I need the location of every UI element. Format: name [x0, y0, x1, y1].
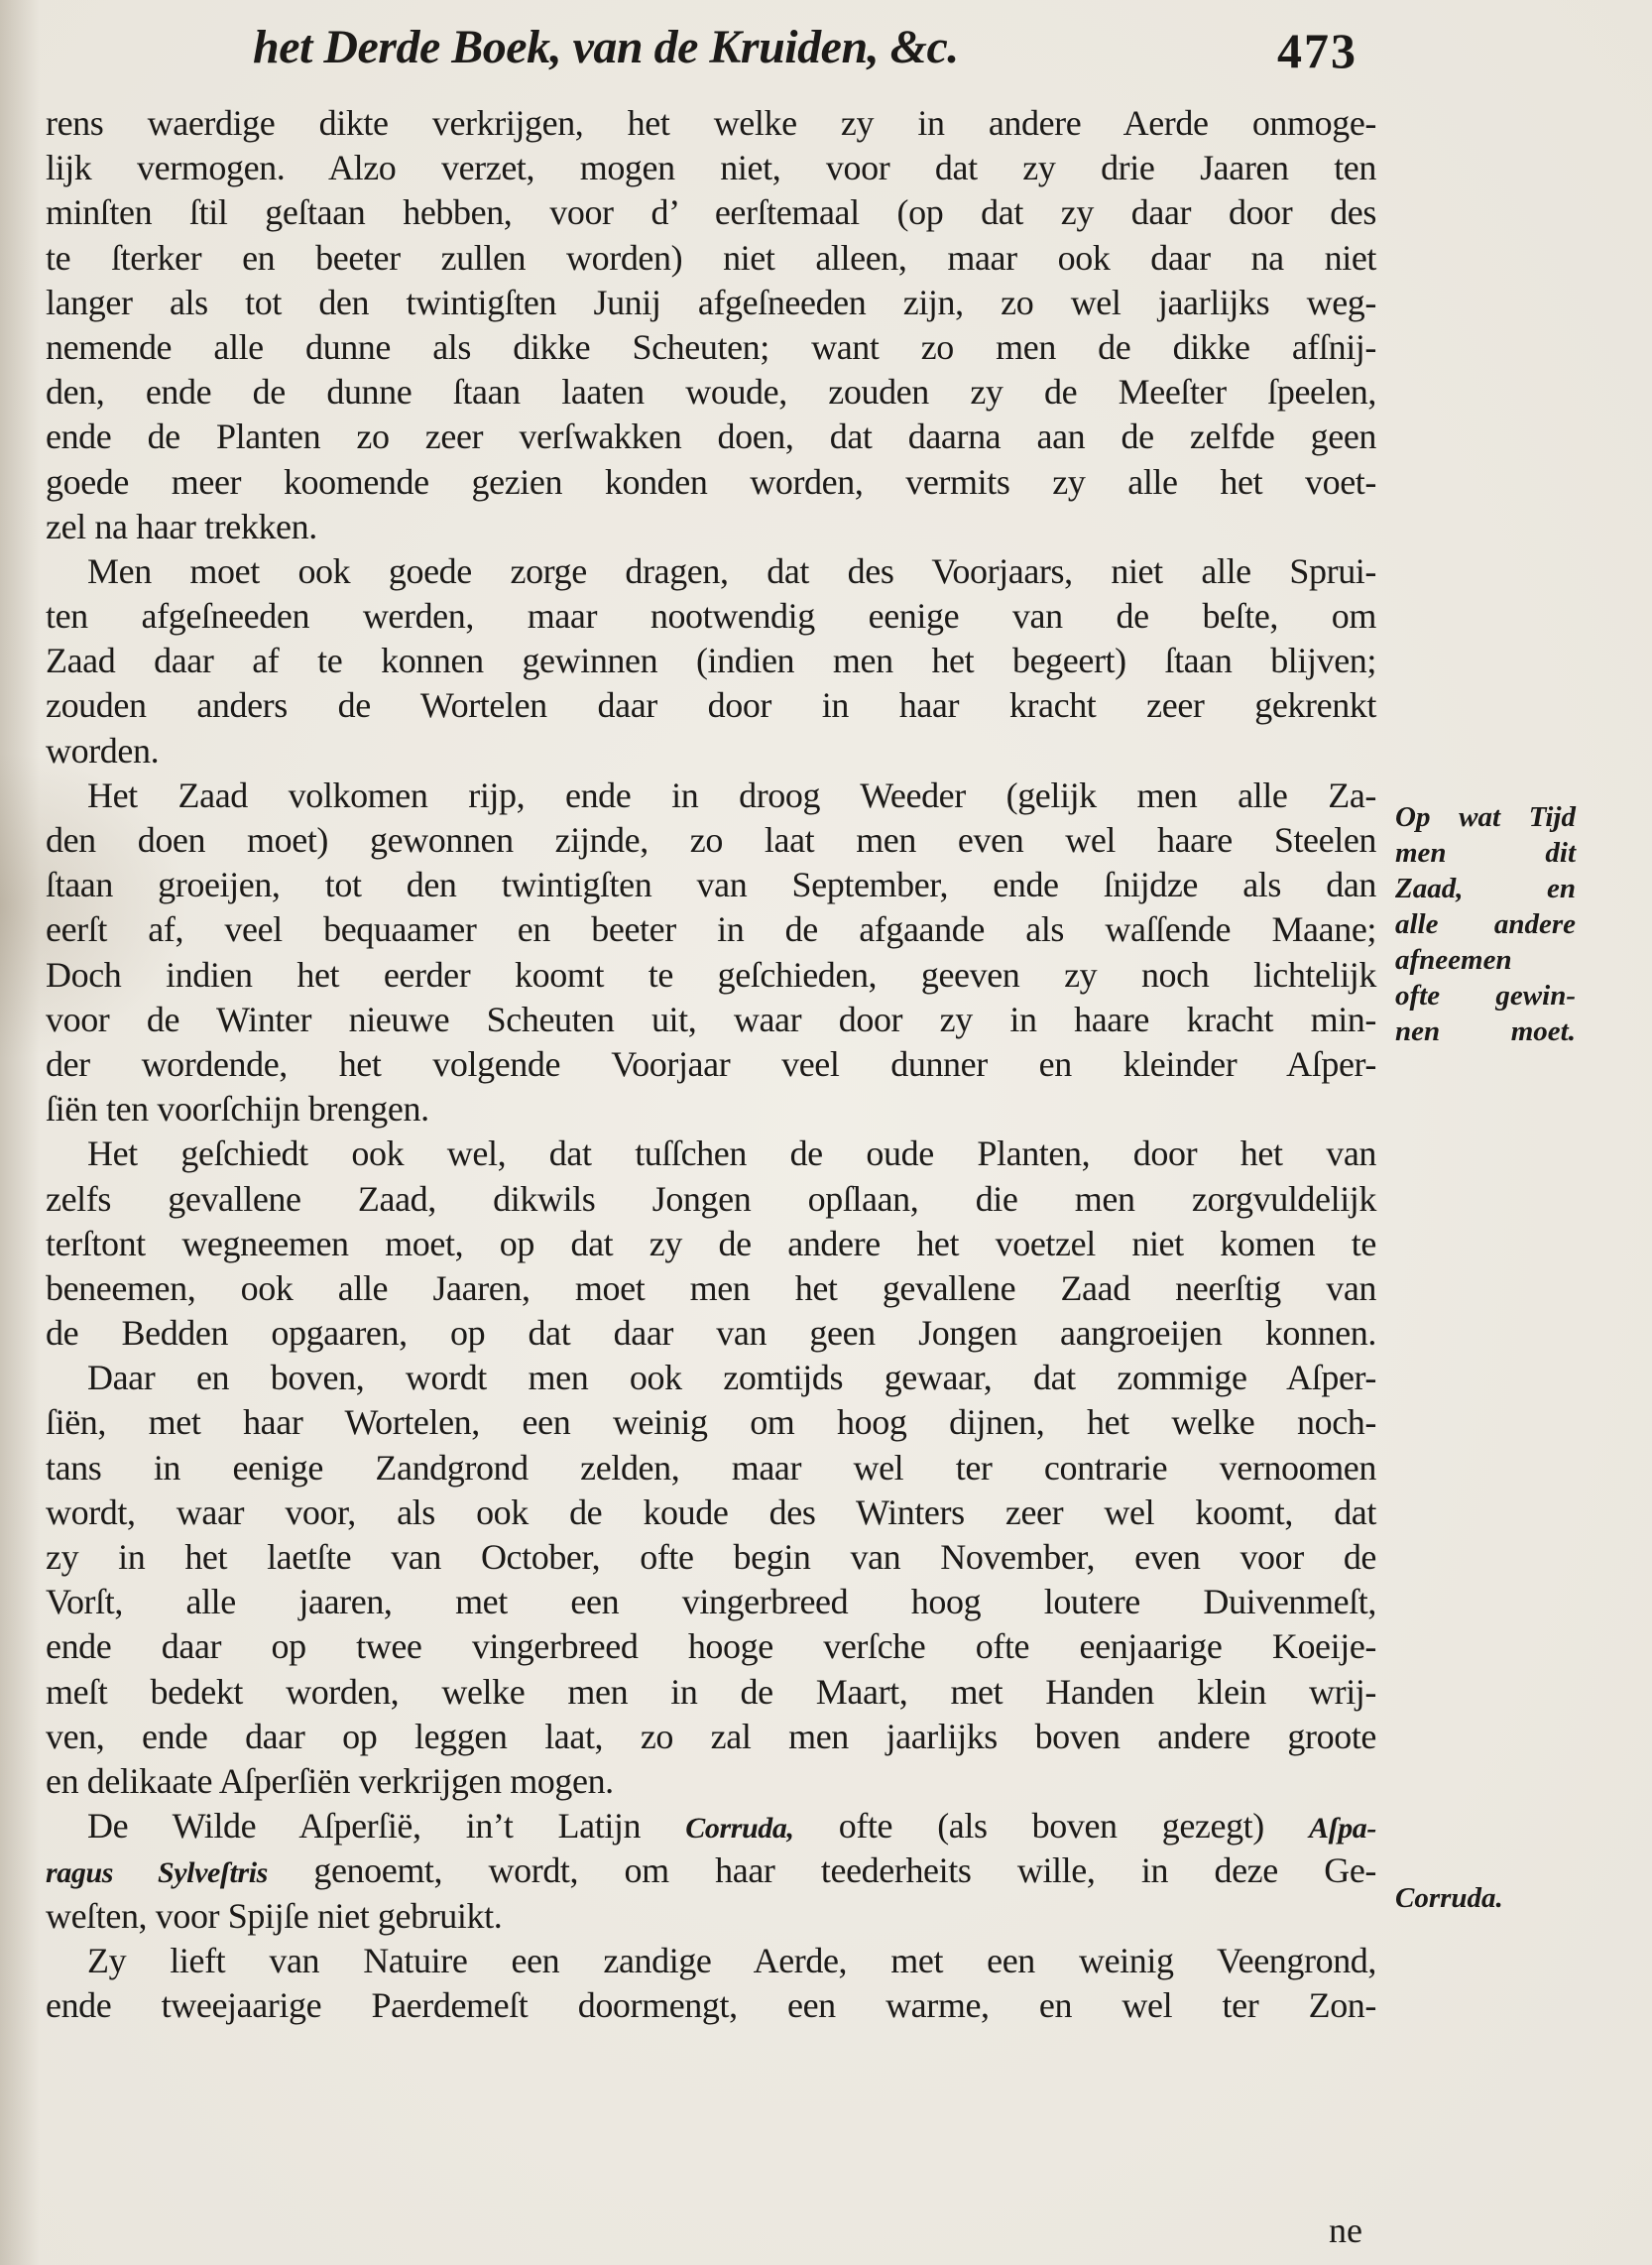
paragraph-start: De Wilde Aſperſië, in’t Latijn Corruda, … — [46, 1804, 1376, 1848]
text-line: den doen moet) gewonnen zijnde, zo laat … — [46, 818, 1376, 863]
latin-term-corruda: Corruda, — [685, 1812, 793, 1845]
text-line: minſten ſtil geſtaan hebben, voor d’ eer… — [46, 190, 1376, 235]
text-line: ſiën ten voorſchijn brengen. — [46, 1087, 1376, 1132]
text-line: ende daar op twee vingerbreed hooge verſ… — [46, 1624, 1376, 1669]
running-head: het Derde Boek, van de Kruiden, &c. — [253, 20, 959, 74]
margin-note-line: alle andere — [1395, 906, 1576, 942]
book-page: het Derde Boek, van de Kruiden, &c. 473 … — [0, 0, 1652, 2265]
text-line: worden. — [46, 729, 1376, 774]
body-text: rens waerdige dikte verkrijgen, het welk… — [46, 101, 1376, 2028]
text-line: te ſterker en beeter zullen worden) niet… — [46, 236, 1376, 281]
margin-note-line: Zaad, en — [1395, 871, 1576, 906]
text-line: langer als tot den twintigſten Junij afg… — [46, 281, 1376, 325]
margin-note-line: afneemen — [1395, 942, 1576, 978]
text-line: terſtont wegneemen moet, op dat zy de an… — [46, 1222, 1376, 1266]
text-line: rens waerdige dikte verkrijgen, het welk… — [46, 101, 1376, 146]
text-line: zelfs gevallene Zaad, dikwils Jongen opſ… — [46, 1177, 1376, 1222]
margin-note-harvest-time: Op wat Tijd men dit Zaad, en alle andere… — [1395, 799, 1576, 1049]
text-line: Doch indien het eerder koomt te geſchied… — [46, 953, 1376, 998]
text-fragment: genoemt, wordt, om haar teederheits will… — [313, 1850, 1376, 1890]
text-line: eerſt af, veel bequaamer en beeter in de… — [46, 907, 1376, 952]
margin-note-line: nen moet. — [1395, 1013, 1576, 1049]
paragraph-start: Daar en boven, wordt men ook zomtijds ge… — [46, 1356, 1376, 1400]
paragraph-start: Men moet ook goede zorge dragen, dat des… — [46, 549, 1376, 594]
text-line: zy in het laetſte van October, ofte begi… — [46, 1535, 1376, 1580]
text-line: wordt, waar voor, als ook de koude des W… — [46, 1490, 1376, 1535]
catchword: ne — [1329, 2209, 1362, 2251]
text-line: ende tweejaarige Paerdemeſt doormengt, e… — [46, 1983, 1376, 2028]
text-line: voor de Winter nieuwe Scheuten uit, waar… — [46, 998, 1376, 1042]
text-line: de Bedden opgaaren, op dat daar van geen… — [46, 1311, 1376, 1356]
text-line: lijk vermogen. Alzo verzet, mogen niet, … — [46, 146, 1376, 190]
text-line: den, ende de dunne ſtaan laaten woude, z… — [46, 370, 1376, 415]
text-line: nemende alle dunne als dikke Scheuten; w… — [46, 325, 1376, 370]
latin-term-asparagus: Aſpa- — [1309, 1812, 1376, 1845]
page-number: 473 — [1277, 22, 1357, 79]
paragraph-start: Zy lieft van Natuire een zandige Aerde, … — [46, 1939, 1376, 1983]
text-line: Zaad daar af te konnen gewinnen (indien … — [46, 639, 1376, 683]
text-line: der wordende, het volgende Voorjaar veel… — [46, 1042, 1376, 1087]
text-fragment: De Wilde Aſperſië, in’t Latijn — [87, 1806, 641, 1846]
paragraph-start: Het Zaad volkomen rijp, ende in droog We… — [46, 774, 1376, 818]
page-edge-shadow — [0, 0, 40, 2265]
text-line: ven, ende daar op leggen laat, zo zal me… — [46, 1715, 1376, 1759]
text-line: goede meer koomende gezien konden worden… — [46, 460, 1376, 505]
margin-note-line: ofte gewin- — [1395, 978, 1576, 1013]
text-line: ſiën, met haar Wortelen, een weinig om h… — [46, 1400, 1376, 1445]
margin-note-corruda: Corruda. — [1395, 1880, 1576, 1916]
text-line: zouden anders de Wortelen daar door in h… — [46, 683, 1376, 728]
text-line: tans in eenige Zandgrond zelden, maar we… — [46, 1446, 1376, 1490]
text-line: ragus Sylveſtris genoemt, wordt, om haar… — [46, 1848, 1376, 1893]
text-line: beneemen, ook alle Jaaren, moet men het … — [46, 1266, 1376, 1311]
latin-term-sylvestris: ragus Sylveſtris — [46, 1856, 268, 1889]
text-line: ten afgeſneeden werden, maar nootwendig … — [46, 594, 1376, 639]
text-line: en delikaate Aſperſiën verkrijgen mogen. — [46, 1759, 1376, 1804]
margin-note-line: men dit — [1395, 835, 1576, 871]
paragraph-start: Het geſchiedt ook wel, dat tuſſchen de o… — [46, 1132, 1376, 1176]
text-line: Vorſt, alle jaaren, met een vingerbreed … — [46, 1580, 1376, 1624]
text-line: ſtaan groeijen, tot den twintigſten van … — [46, 863, 1376, 907]
text-line: ende de Planten zo zeer verſwakken doen,… — [46, 415, 1376, 459]
text-line: meſt bedekt worden, welke men in de Maar… — [46, 1670, 1376, 1715]
text-line: weſten, voor Spijſe niet gebruikt. — [46, 1894, 1376, 1939]
text-fragment: ofte (als boven gezegt) — [839, 1806, 1264, 1846]
text-line: zel na haar trekken. — [46, 505, 1376, 549]
margin-note-line: Op wat Tijd — [1395, 799, 1576, 835]
